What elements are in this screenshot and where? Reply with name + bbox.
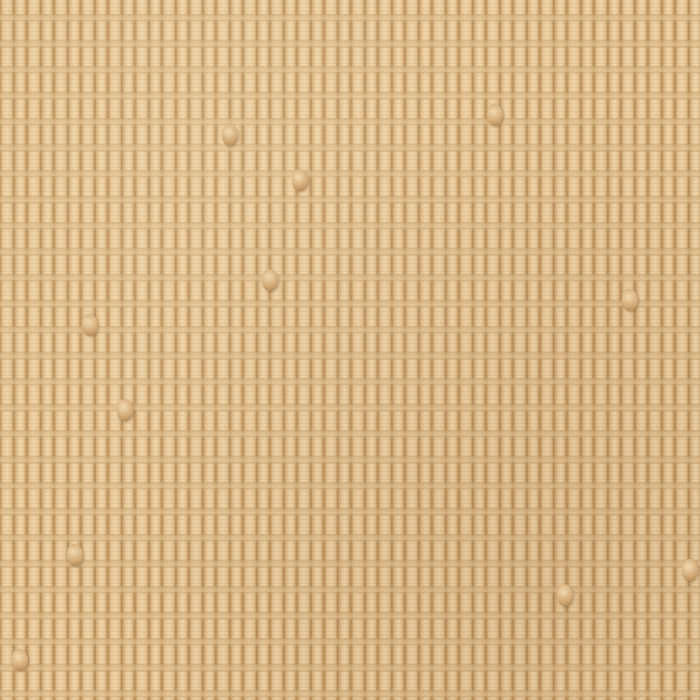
fiber-knot (117, 399, 133, 421)
fiber-knot (12, 649, 28, 671)
fiber-knot (82, 314, 98, 336)
fiber-knot (487, 104, 503, 126)
fiber-knot (622, 289, 638, 311)
lighting-overlay (0, 0, 700, 700)
fiber-knot (262, 269, 278, 291)
fiber-knot (682, 559, 698, 581)
fiber-knot (557, 584, 573, 606)
fiber-knot (292, 169, 308, 191)
fiber-knot (67, 544, 83, 566)
fiber-knot (222, 124, 238, 146)
woven-grasscloth-texture (0, 0, 700, 700)
